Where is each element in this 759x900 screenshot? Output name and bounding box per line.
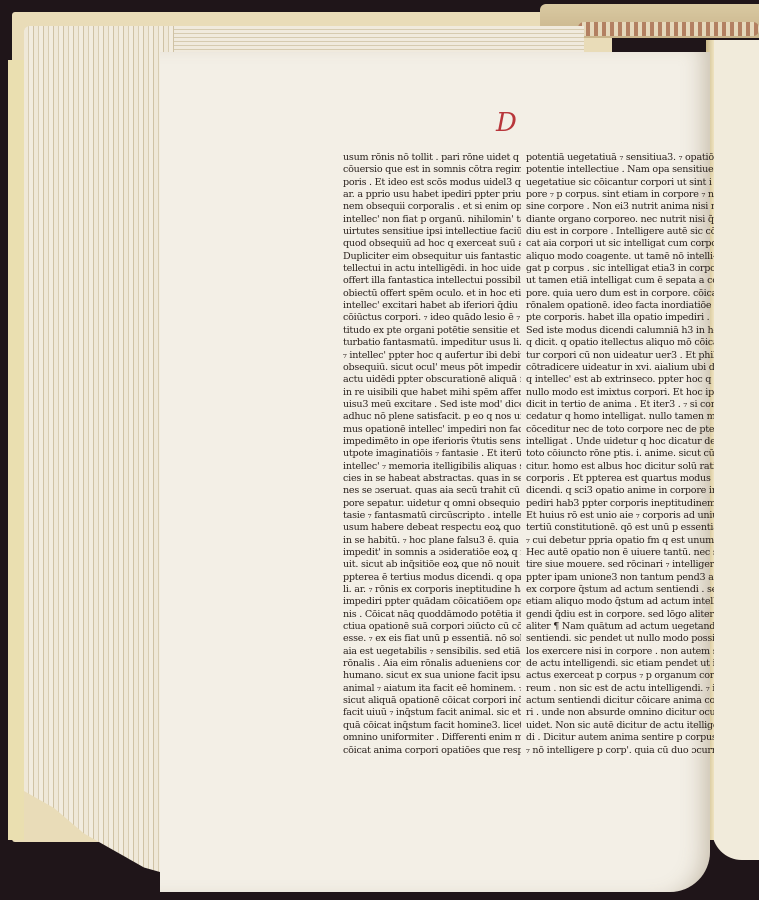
text-line: potentiā uegetatiuā ₇ sensitiua3. ₇ opat… bbox=[526, 152, 714, 164]
text-line: uidet. Non sic autē dicitur de actu itel… bbox=[526, 720, 714, 732]
text-line: corporis . Et ppterea est quartus modus bbox=[526, 473, 714, 485]
text-line: cōicat anima corpori opatiōes que respic… bbox=[343, 745, 521, 757]
text-line: dicit in tertio de anima . Et iter3 . ₇ … bbox=[526, 399, 714, 411]
text-line: intellec' ₇ memoria itelligibilis aliqua… bbox=[343, 461, 521, 473]
text-line: uisu3 meū excitare . Sed iste mod' dicen… bbox=[343, 399, 521, 411]
text-line: pore. quia uero dum est in corpore. cōic… bbox=[526, 288, 714, 300]
text-line: ctiua opationē suā corpori ɔiūcto cū cōi… bbox=[343, 621, 521, 633]
page-stack-fore-edges bbox=[24, 26, 174, 876]
text-line: Dupliciter eim obsequitur uis fantastica… bbox=[343, 251, 521, 263]
text-line: rōnalis . Aia eim rōnalis adueniens corp… bbox=[343, 658, 521, 670]
text-line: los exercere nisi in corpore . non autem… bbox=[526, 646, 714, 658]
text-line: usum rōnis nō tollit . pari rōne uidet q… bbox=[343, 152, 521, 164]
text-line: cat aia corpori ut sic intelligat cum co… bbox=[526, 238, 714, 250]
text-line: mus opationē intellec' impediri non fact… bbox=[343, 424, 521, 436]
text-line: aliquo modo coagente. ut tamē nō intelli… bbox=[526, 251, 714, 263]
text-line: pte corporis. habet illa opatio impediri… bbox=[526, 312, 714, 324]
text-line: quod obsequiū ad hoc q exerceat suū actū… bbox=[343, 238, 521, 250]
text-line: sine corpore . Non ei3 nutrit anima nisi… bbox=[526, 201, 714, 213]
facing-page bbox=[712, 40, 759, 860]
text-line: in se habitū. ₇ hoc plane falsu3 ē. quia… bbox=[343, 535, 521, 547]
text-line: offert illa fantastica intellectui possi… bbox=[343, 275, 521, 287]
book-binding-edge bbox=[8, 60, 24, 840]
text-line: cōtradicere uideatur in xvi. aialium ubi… bbox=[526, 362, 714, 374]
text-line: Et huius rō est unio aie ₇ corporis ad u… bbox=[526, 510, 714, 522]
text-line: actus exerceat p corpus ₇ p organum corp… bbox=[526, 670, 714, 682]
text-line: diu est in corpore . Intelligere autē si… bbox=[526, 226, 714, 238]
text-line: pediri hab3 ppter corporis ineptitudinem… bbox=[526, 498, 714, 510]
text-line: di . Dicitur autem anima sentire p corpu… bbox=[526, 732, 714, 744]
text-line: toto cōiuncto rōne ptis. i. anime. sicut… bbox=[526, 448, 714, 460]
text-line: impediri ppter quādam cōicatiōem opatio bbox=[343, 596, 521, 608]
text-line: gendi q̄diu est in corpore. sed lōgo ali… bbox=[526, 609, 714, 621]
text-line: ex corpore q̄stum ad actum sentiendi . s… bbox=[526, 584, 714, 596]
text-line: ppter ipam unione3 non tantum pend3 aia bbox=[526, 572, 714, 584]
text-line: titudo ex pte organi potētie sensitie et… bbox=[343, 325, 521, 337]
text-line: aliter ¶ Nam quātum ad actum uegetandi ₇ bbox=[526, 621, 714, 633]
text-line: ri . unde non absurde omnino dicitur ocu… bbox=[526, 707, 714, 719]
text-line: cōiūctus corpori. ₇ ideo quādo lesio ē ₇… bbox=[343, 312, 521, 324]
headband bbox=[578, 22, 759, 36]
text-line: intellec' excitari habet ab iferiori q̄d… bbox=[343, 300, 521, 312]
text-line: uegetatiue sic cōicantur corpori ut sint… bbox=[526, 177, 714, 189]
text-line: aia est uegetabilis ₇ sensibilis. sed et… bbox=[343, 646, 521, 658]
text-line: ppterea ē tertius modus dicendi. q opati… bbox=[343, 572, 521, 584]
text-line: nes se ɔseruat. quas aia secū trahit cū … bbox=[343, 485, 521, 497]
text-line: poris . Et ideo est scōs modus uidel3 q … bbox=[343, 177, 521, 189]
text-line: sicut aliquā opationē cōicat corpori inq… bbox=[343, 695, 521, 707]
text-line: quā cōicat inq̄stum facit homine3. licet… bbox=[343, 720, 521, 732]
text-line: Hec autē opatio non ē uiuere tantū. nec … bbox=[526, 547, 714, 559]
text-line: tertiū constitutionē. qō est unū p essen… bbox=[526, 522, 714, 534]
text-line: nullo modo est imixtus corpori. Et hoc i… bbox=[526, 387, 714, 399]
text-line: ₇ cui debetur ppria opatio fm q est unum… bbox=[526, 535, 714, 547]
text-line: gat p corpus . sic intelligat etia3 in c… bbox=[526, 263, 714, 275]
text-line: turbatio fantasmatū. impeditur usus li. … bbox=[343, 337, 521, 349]
text-line: nem obsequii corporalis . et si enim opa… bbox=[343, 201, 521, 213]
text-line: esse. ₇ ex eis fiat unū p essentiā. nō s… bbox=[343, 633, 521, 645]
text-line: in re uisibili que habet mihi spēm affer… bbox=[343, 387, 521, 399]
text-line: tellectui in actu intelligēdi. in hoc ui… bbox=[343, 263, 521, 275]
text-line: cedatur q homo intelligat. nullo tamen m… bbox=[526, 411, 714, 423]
text-line: reum . non sic est de actu intelligendi.… bbox=[526, 683, 714, 695]
text-line: ut tamen etiā intelligat cum ē sepata a … bbox=[526, 275, 714, 287]
text-line: impedit' in somnis a ɔsideratiōe eoꝝ q n… bbox=[343, 547, 521, 559]
text-line: animal ₇ aiatum ita facit eē hominem. ₇ … bbox=[343, 683, 521, 695]
text-line: pore sepatur. uidetur q omni obsequio fa… bbox=[343, 498, 521, 510]
text-line: uit. sicut ab inq̄sitiōe eoꝝ que nō noui… bbox=[343, 559, 521, 571]
text-line: impedimēto in ope iferioris v̄tutis sens… bbox=[343, 436, 521, 448]
text-line: Sed iste modus dicendi calumniā h3 in ho… bbox=[526, 325, 714, 337]
text-line: sentiendi. sic pendet ut nullo modo poss… bbox=[526, 633, 714, 645]
text-line: ₇ nō intelligere p corp'. quia cū duo ɔc… bbox=[526, 745, 714, 757]
text-line: etiam aliquo modo q̄stum ad actum intell… bbox=[526, 596, 714, 608]
text-line: intellec' non fiat p organū. nihilomin' … bbox=[343, 214, 521, 226]
text-line: citur. homo est albus hoc dicitur solū r… bbox=[526, 461, 714, 473]
text-line: tasie ₇ fantasmatū circūscripto . intell… bbox=[343, 510, 521, 522]
text-line: diante organo corporeo. nec nutrit nisi … bbox=[526, 214, 714, 226]
text-line: cies in se habeat abstractas. quas in se… bbox=[343, 473, 521, 485]
text-line: ₇ intellec' ppter hoc q aufertur ibi deb… bbox=[343, 350, 521, 362]
rubricated-initial: D bbox=[496, 108, 517, 138]
text-line: potentie intellectiue . Nam opa sensitiu… bbox=[526, 164, 714, 176]
text-line: rōnalem opationē. ideo facta inordiatiōe… bbox=[526, 300, 714, 312]
text-column-left: usum rōnis nō tollit . pari rōne uidet q… bbox=[343, 152, 521, 757]
text-line: actu uidēdi ppter obscurationē aliquā fa… bbox=[343, 374, 521, 386]
text-line: utpote imaginatiōis ₇ fantasie . Et iter… bbox=[343, 448, 521, 460]
text-line: nis . Cōicat nāq quoddāmodo potētia itel… bbox=[343, 609, 521, 621]
text-line: omnino uniformiter . Differenti enim mō bbox=[343, 732, 521, 744]
text-line: obsequiū. sicut ocul' meus pōt impediri … bbox=[343, 362, 521, 374]
text-line: uirtutes sensitiue ipsi intellectiue fac… bbox=[343, 226, 521, 238]
text-line: adhuc nō plene satisfacit. p eo q nos ui… bbox=[343, 411, 521, 423]
text-line: actum sentiendi dicitur cōicare anima co… bbox=[526, 695, 714, 707]
text-line: tur corpori cū non uideatur uer3 . Et ph… bbox=[526, 350, 714, 362]
text-line: facit uiuū ₇ inq̄stum facit animal. sic … bbox=[343, 707, 521, 719]
text-line: usum habere debeat respectu eoꝝ quoꝝ h3 bbox=[343, 522, 521, 534]
text-line: li. ar. ₇ rōnis ex corporis ineptitudine… bbox=[343, 584, 521, 596]
text-line: cōceditur nec de toto corpore nec de pte… bbox=[526, 424, 714, 436]
text-line: ar. a pprio usu habet ipediri ppter priu… bbox=[343, 189, 521, 201]
text-line: de actu intelligendi. sic etiam pendet u… bbox=[526, 658, 714, 670]
text-line: pore ₇ p corpus. sint etiam in corpore ₇… bbox=[526, 189, 714, 201]
text-line: cōuersio que est in somnis cōtra regimē … bbox=[343, 164, 521, 176]
text-line: q dicit. q opatio itellectus aliquo mō c… bbox=[526, 337, 714, 349]
text-line: q intellec' est ab extrinseco. ppter hoc… bbox=[526, 374, 714, 386]
text-line: tire siue mouere. sed rōcinari ₇ intelli… bbox=[526, 559, 714, 571]
text-column-right: potentiā uegetatiuā ₇ sensitiua3. ₇ opat… bbox=[526, 152, 714, 757]
text-line: obiectū offert spēm oculo. et in hoc eti… bbox=[343, 288, 521, 300]
text-line: dicendi. q sci3 opatio anime in corpore … bbox=[526, 485, 714, 497]
text-line: humano. sicut ex sua unione facit ipsu3 … bbox=[343, 670, 521, 682]
text-line: intelligat . Unde uidetur q hoc dicatur … bbox=[526, 436, 714, 448]
